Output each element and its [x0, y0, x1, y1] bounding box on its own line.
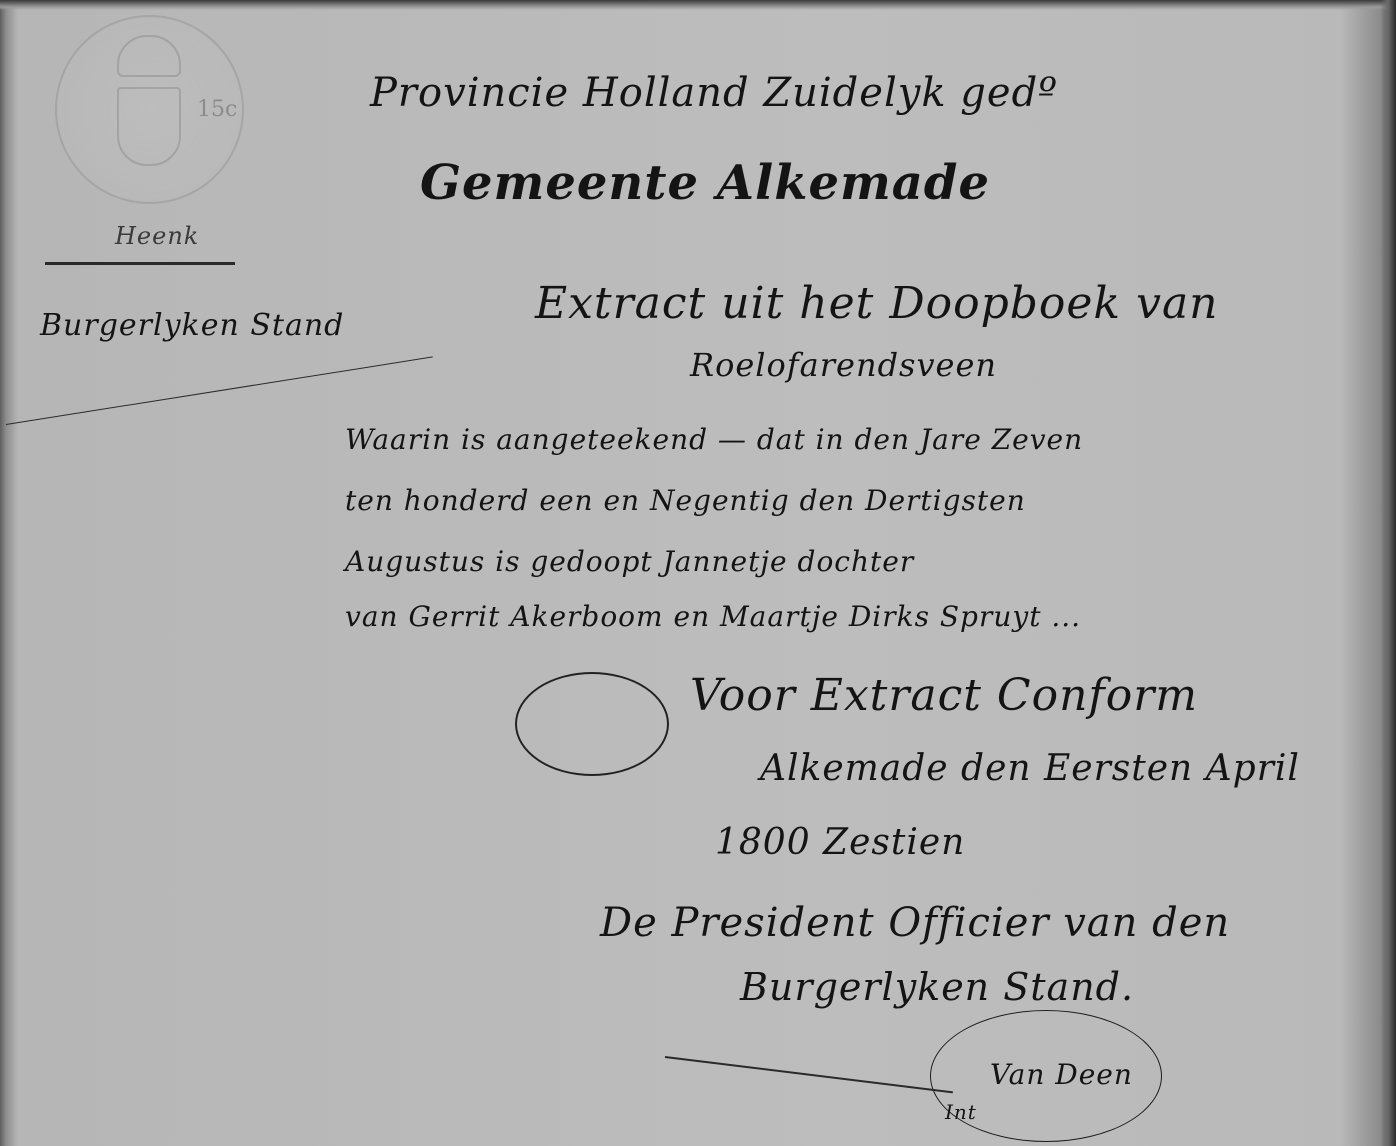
certification-line-1: Voor Extract Conform — [690, 670, 1198, 721]
stamp-value: 15c — [197, 97, 237, 122]
page-top-edge — [0, 0, 1396, 10]
heading-parish: Roelofarendsveen — [690, 346, 997, 384]
certification-place-date: Alkemade den Eersten April — [760, 748, 1300, 789]
certification-year: 1800 Zestien — [715, 822, 965, 863]
signature-title: De President Officier van den — [600, 900, 1230, 946]
margin-name: Heenk — [115, 222, 199, 250]
signature-suffix: Int — [945, 1100, 977, 1124]
body-line-1: Waarin is aangeteekend — dat in den Jare… — [345, 423, 1083, 456]
document-page: 15c Heenk Burgerlyken Stand Provincie Ho… — [0, 0, 1396, 1146]
shield-icon — [117, 87, 181, 166]
body-line-2: ten honderd een en Negentig den Dertigst… — [345, 484, 1026, 517]
margin-note: Burgerlyken Stand — [40, 308, 344, 343]
page-right-edge — [1380, 0, 1396, 1146]
body-line-4: van Gerrit Akerboom en Maartje Dirks Spr… — [345, 600, 1081, 633]
heading-province: Provincie Holland Zuidelyk gedº — [370, 70, 1058, 116]
crown-icon — [117, 35, 181, 77]
body-line-3: Augustus is gedoopt Jannetje dochter — [345, 545, 914, 578]
embossed-stamp-icon: 15c — [55, 15, 244, 204]
signature-title-2: Burgerlyken Stand. — [740, 965, 1134, 1009]
flourish-loop-icon — [515, 672, 669, 776]
heading-municipality: Gemeente Alkemade — [420, 155, 990, 211]
signature-underline — [665, 1056, 953, 1093]
margin-divider-line — [6, 356, 433, 425]
heading-extract-title: Extract uit het Doopboek van — [535, 278, 1219, 329]
official-signature: Van Deen — [990, 1058, 1133, 1091]
margin-name-underline — [45, 262, 235, 265]
